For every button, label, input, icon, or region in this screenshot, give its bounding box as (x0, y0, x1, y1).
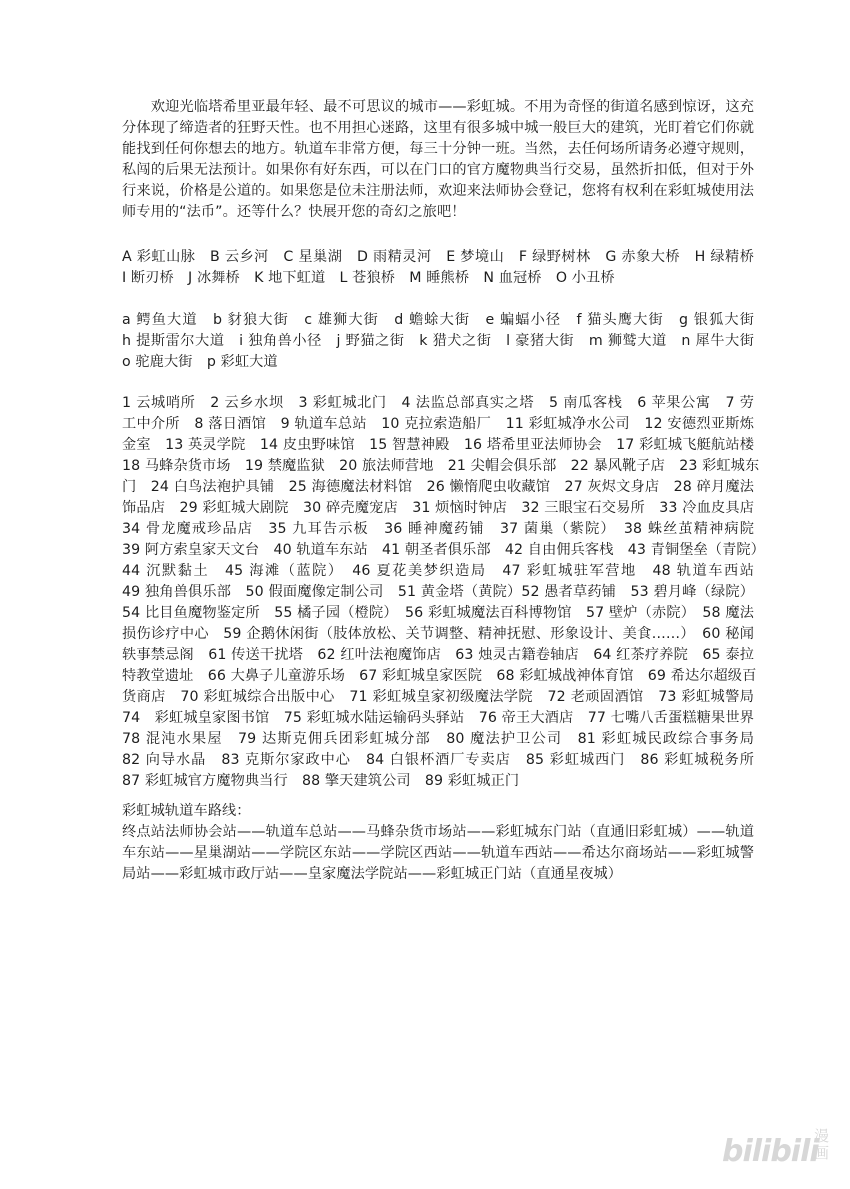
bilibili-manga-watermark: bilibili 漫画 (722, 1128, 832, 1172)
streets-line: h 提斯雷尔大道 i 独角兽小径 j 野猫之街 k 猎犬之街 l 豪猪大街 m … (122, 331, 754, 352)
intro-line: 欢迎光临塔希里亚最年轻、最不可思议的城市——彩虹城。不用为奇怪的街道名感到惊讶，… (122, 97, 754, 118)
places-line: 54 比目鱼魔物鉴定所 55 橘子园（橙院） 56 彩虹城魔法百科博物馆 57 … (122, 603, 754, 624)
places-line: 货商店 70 彩虹城综合出版中心 71 彩虹城皇家初级魔法学院 72 老顽固酒馆… (122, 687, 754, 708)
places-line: 损伤诊疗中心 59 企鹅休闲街（肢体放松、关节调整、精神抚慰、形象设计、美食……… (122, 624, 754, 645)
places-legend: 1 云城哨所 2 云乡水坝 3 彩虹城北门 4 法监总部真实之塔 5 南瓜客栈 … (122, 393, 754, 792)
places-line: 49 独角兽俱乐部 50 假面魔像定制公司 51 黄金塔（黄院）52 愚者草药铺… (122, 582, 754, 603)
route-line: 终点站法师协会站——轨道车总站——马蜂杂货市场站——彩虹城东门站（直通旧彩虹城）… (122, 822, 754, 843)
route-section: 彩虹城轨道车路线： 终点站法师协会站——轨道车总站——马蜂杂货市场站——彩虹城东… (122, 801, 754, 885)
streets-line: o 驼鹿大街 p 彩虹大道 (122, 352, 754, 373)
places-line: 18 马蜂杂货市场 19 禁魔监狱 20 旅法师营地 21 尖帽会俱乐部 22 … (122, 456, 754, 477)
streets-legend: a 鳄鱼大道 b 豺狼大街 c 雄狮大街 d 蟾蜍大街 e 蝙蝠小径 f 猫头鹰… (122, 310, 754, 373)
intro-line: 分体现了缔造者的狂野天性。也不用担心迷路，这里有很多城中城一般巨大的建筑，光盯着… (122, 118, 754, 139)
regions-line: I 断刃桥 J 冰舞桥 K 地下虹道 L 苍狼桥 M 睡熊桥 N 血冠桥 O 小… (122, 268, 754, 289)
places-line: 44 沉默黏土 45 海滩（蓝院） 46 夏花美梦织造局 47 彩虹城驻军营地 … (122, 561, 754, 582)
regions-line: A 彩虹山脉 B 云乡河 C 星巢湖 D 雨精灵河 E 梦境山 F 绿野树林 G… (122, 247, 754, 268)
route-line: 局站——彩虹城市政厅站——皇家魔法学院站——彩虹城正门站（直通星夜城） (122, 864, 754, 885)
intro-line: 行来说，价格是公道的。如果您是位未注册法师，欢迎来法师协会登记，您将有权利在彩虹… (122, 181, 754, 202)
places-line: 39 阿方索皇家天文台 40 轨道车东站 41 朝圣者俱乐部 42 自由佣兵客栈… (122, 540, 754, 561)
intro-line: 私闯的后果无法预计。如果你有好东西，可以在门口的官方魔物典当行交易，虽然折扣低，… (122, 160, 754, 181)
streets-line: a 鳄鱼大道 b 豺狼大街 c 雄狮大街 d 蟾蜍大街 e 蝙蝠小径 f 猫头鹰… (122, 310, 754, 331)
places-line: 82 向导水晶 83 克斯尔家政中心 84 白银杯酒厂专卖店 85 彩虹城西门 … (122, 750, 754, 771)
places-line: 门 24 白鸟法袍护具铺 25 海德魔法材料馆 26 懒惰爬虫收藏馆 27 灰烬… (122, 477, 754, 498)
places-line: 工中介所 8 落日酒馆 9 轨道车总站 10 克拉索造船厂 11 彩虹城净水公司… (122, 414, 754, 435)
bilibili-logo: bilibili (722, 1134, 819, 1169)
regions-legend: A 彩虹山脉 B 云乡河 C 星巢湖 D 雨精灵河 E 梦境山 F 绿野树林 G… (122, 247, 754, 289)
places-line: 74 彩虹城皇家图书馆 75 彩虹城水陆运输码头驿站 76 帝王大酒店 77 七… (122, 708, 754, 729)
watermark-label: 漫画 (814, 1128, 830, 1162)
places-line: 34 骨龙魔戒珍品店 35 九耳告示板 36 睡神魔药铺 37 菌巢（紫院） 3… (122, 519, 754, 540)
places-line: 金室 13 英灵学院 14 皮虫野味馆 15 智慧神殿 16 塔希里亚法师协会 … (122, 435, 754, 456)
places-line: 78 混沌水果屋 79 达斯克佣兵团彩虹城分部 80 魔法护卫公司 81 彩虹城… (122, 729, 754, 750)
places-line: 特教堂遗址 66 大鼻子儿童游乐场 67 彩虹城皇家医院 68 彩虹城战神体育馆… (122, 666, 754, 687)
places-line: 轶事禁忌阁 61 传送干扰塔 62 红叶法袍魔饰店 63 烛灵古籍卷轴店 64 … (122, 645, 754, 666)
intro-line: 师专用的“法币”。还等什么？快展开您的奇幻之旅吧！ (122, 202, 754, 223)
places-line: 饰品店 29 彩虹城大剧院 30 碎壳魔宠店 31 烦恼时钟店 32 三眼宝石交… (122, 498, 754, 519)
intro-line: 能找到任何你想去的地方。轨道车非常方便，每三十分钟一班。当然，去任何场所请务必遵… (122, 139, 754, 160)
route-title: 彩虹城轨道车路线： (122, 801, 754, 822)
route-line: 车东站——星巢湖站——学院区东站——学院区西站——轨道车西站——希达尔商场站——… (122, 843, 754, 864)
intro-paragraph: 欢迎光临塔希里亚最年轻、最不可思议的城市——彩虹城。不用为奇怪的街道名感到惊讶，… (122, 97, 754, 223)
places-line: 87 彩虹城官方魔物典当行 88 擎天建筑公司 89 彩虹城正门 (122, 771, 754, 792)
places-line: 1 云城哨所 2 云乡水坝 3 彩虹城北门 4 法监总部真实之塔 5 南瓜客栈 … (122, 393, 754, 414)
